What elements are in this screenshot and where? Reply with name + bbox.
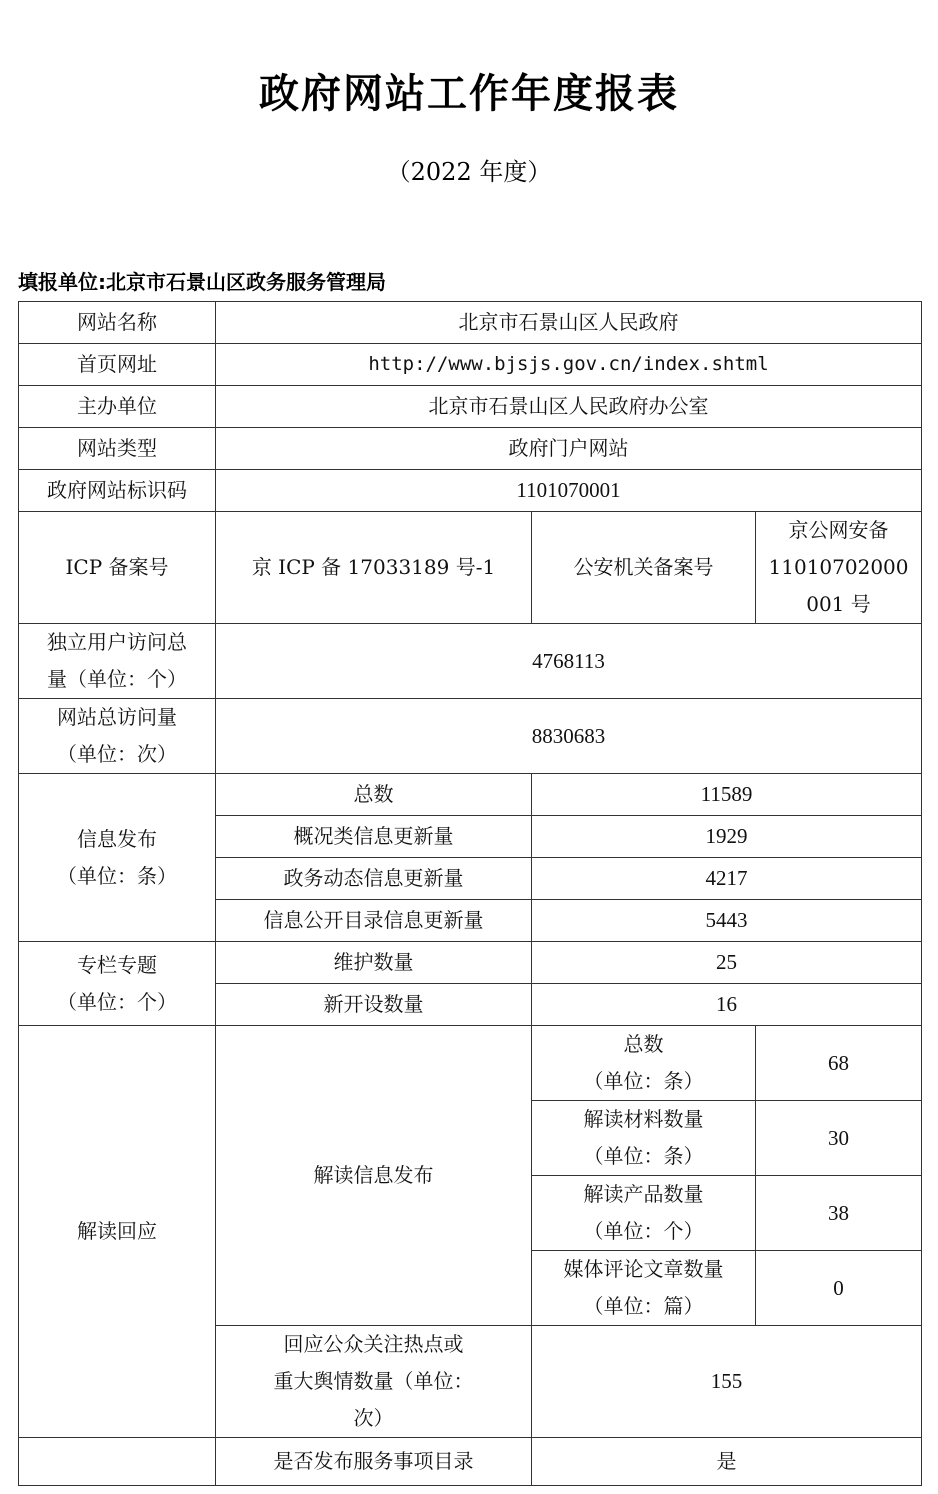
police-value-cell: 京公网安备 11010702000 001 号 xyxy=(756,512,922,624)
sub-label-cell: 解读产品数量 （单位：个） xyxy=(532,1176,756,1251)
sub-label-cell: 媒体评论文章数量 （单位：篇） xyxy=(532,1251,756,1326)
columns-label: 专栏专题 （单位：个） xyxy=(19,942,216,1026)
url-cell: http://www.bjsjs.gov.cn/index.shtml xyxy=(216,344,922,386)
label-cell: 独立用户访问总 量（单位：个） xyxy=(19,624,216,699)
row-icp: ICP 备案号 京 ICP 备 17033189 号-1 公安机关备案号 京公网… xyxy=(19,512,922,624)
value-cell: 155 xyxy=(532,1326,922,1438)
sub-label-cell: 解读材料数量 （单位：条） xyxy=(532,1101,756,1176)
row-unique-visitors: 独立用户访问总 量（单位：个） 4768113 xyxy=(19,624,922,699)
sub-label-cell: 维护数量 xyxy=(216,942,532,984)
sub-label-cell: 新开设数量 xyxy=(216,984,532,1026)
value-cell: 北京市石景山区人民政府办公室 xyxy=(216,386,922,428)
sub-label-cell: 总数 （单位：条） xyxy=(532,1026,756,1101)
label-cell: 首页网址 xyxy=(19,344,216,386)
row-info-total: 信息发布 （单位：条） 总数 11589 xyxy=(19,774,922,816)
row-sponsor: 主办单位 北京市石景山区人民政府办公室 xyxy=(19,386,922,428)
report-year: （2022 年度） xyxy=(0,152,938,187)
label-cell: 网站类型 xyxy=(19,428,216,470)
value-cell: 4217 xyxy=(532,858,922,900)
reporting-unit: 填报单位:北京市石景山区政务服务管理局 xyxy=(18,266,386,295)
value-cell: 1101070001 xyxy=(216,470,922,512)
row-site-id-code: 政府网站标识码 1101070001 xyxy=(19,470,922,512)
sub-label-cell: 概况类信息更新量 xyxy=(216,816,532,858)
value-cell: 0 xyxy=(756,1251,922,1326)
row-total-visits: 网站总访问量 （单位：次） 8830683 xyxy=(19,699,922,774)
value-cell: 8830683 xyxy=(216,699,922,774)
value-cell: 4768113 xyxy=(216,624,922,699)
label-cell: ICP 备案号 xyxy=(19,512,216,624)
sub-label-cell: 政务动态信息更新量 xyxy=(216,858,532,900)
value-cell: 政府门户网站 xyxy=(216,428,922,470)
label-cell: 网站总访问量 （单位：次） xyxy=(19,699,216,774)
row-site-type: 网站类型 政府门户网站 xyxy=(19,428,922,470)
sub-label-cell: 回应公众关注热点或 重大舆情数量（单位： 次） xyxy=(216,1326,532,1438)
icp-value-cell: 京 ICP 备 17033189 号-1 xyxy=(216,512,532,624)
police-label-cell: 公安机关备案号 xyxy=(532,512,756,624)
value-cell: 25 xyxy=(532,942,922,984)
value-cell: 68 xyxy=(756,1026,922,1101)
row-service-catalog: 是否发布服务事项目录 是 xyxy=(19,1438,922,1486)
value-cell: 是 xyxy=(532,1438,922,1486)
value-cell: 1929 xyxy=(532,816,922,858)
sub-label-cell: 总数 xyxy=(216,774,532,816)
value-cell: 30 xyxy=(756,1101,922,1176)
label-cell: 网站名称 xyxy=(19,302,216,344)
label-cell: 政府网站标识码 xyxy=(19,470,216,512)
value-cell: 5443 xyxy=(532,900,922,942)
interpretation-label: 解读回应 xyxy=(19,1026,216,1438)
row-site-name: 网站名称 北京市石景山区人民政府 xyxy=(19,302,922,344)
label-cell: 主办单位 xyxy=(19,386,216,428)
interpretation-publish-label: 解读信息发布 xyxy=(216,1026,532,1326)
row-interp-total: 解读回应 解读信息发布 总数 （单位：条） 68 xyxy=(19,1026,922,1101)
value-cell: 38 xyxy=(756,1176,922,1251)
value-cell: 16 xyxy=(532,984,922,1026)
value-cell: 11589 xyxy=(532,774,922,816)
row-columns-maintained: 专栏专题 （单位：个） 维护数量 25 xyxy=(19,942,922,984)
empty-cell xyxy=(19,1438,216,1486)
row-homepage-url: 首页网址 http://www.bjsjs.gov.cn/index.shtml xyxy=(19,344,922,386)
value-cell: 北京市石景山区人民政府 xyxy=(216,302,922,344)
page-title: 政府网站工作年度报表 xyxy=(0,62,938,119)
sub-label-cell: 是否发布服务事项目录 xyxy=(216,1438,532,1486)
sub-label-cell: 信息公开目录信息更新量 xyxy=(216,900,532,942)
info-publish-label: 信息发布 （单位：条） xyxy=(19,774,216,942)
report-table: 网站名称 北京市石景山区人民政府 首页网址 http://www.bjsjs.g… xyxy=(18,301,922,1486)
